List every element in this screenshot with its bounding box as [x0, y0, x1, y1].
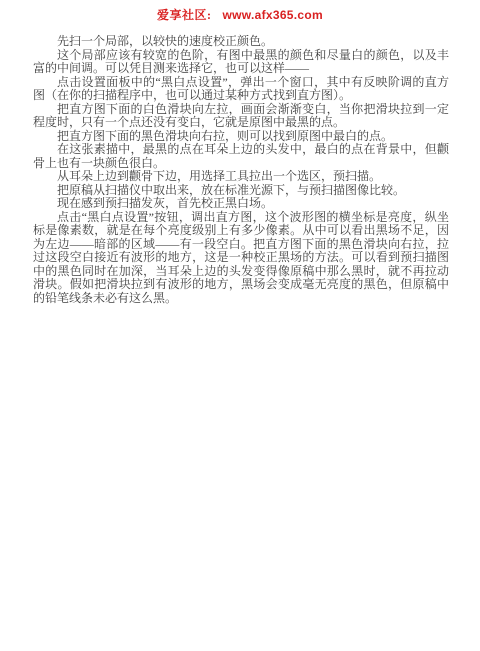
- paragraph: 现在感到预扫描发灰，首先校正黑白场。: [33, 197, 449, 211]
- document-page: 爱享社区: www.afx365.com 先扫一个局部，以较快的速度校正颜色。 …: [0, 0, 480, 651]
- paragraph: 把直方图下面的白色滑块向左拉，画面会渐渐变白，当你把滑块拉到一定程度时，只有一个…: [33, 103, 449, 130]
- paragraph: 把直方图下面的黑色滑块向右拉，则可以找到原图中最白的点。: [33, 130, 449, 144]
- paragraph: 这个局部应该有较宽的色阶，有图中最黑的颜色和尽量白的颜色，以及丰富的中间调。可以…: [33, 49, 449, 76]
- paragraph: 点击“黑白点设置”按钮，调出直方图，这个波形图的横坐标是亮度，纵坐标是像素数，就…: [33, 211, 449, 306]
- article-body: 先扫一个局部，以较快的速度校正颜色。 这个局部应该有较宽的色阶，有图中最黑的颜色…: [33, 35, 449, 305]
- paragraph: 在这张素描中，最黑的点在耳朵上边的头发中，最白的点在背景中，但颧骨上也有一块颜色…: [33, 143, 449, 170]
- site-url-link[interactable]: www.afx365.com: [223, 8, 323, 22]
- paragraph: 点击设置面板中的“黑白点设置”，弹出一个窗口，其中有反映阶调的直方图（在你的扫描…: [33, 76, 449, 103]
- site-name: 爱享社区:: [157, 8, 212, 22]
- paragraph: 把原稿从扫描仪中取出来，放在标准光源下，与预扫描图像比较。: [33, 184, 449, 198]
- page-header: 爱享社区: www.afx365.com: [0, 0, 480, 23]
- paragraph: 从耳朵上边到颧骨下边，用选择工具拉出一个选区，预扫描。: [33, 170, 449, 184]
- paragraph: 先扫一个局部，以较快的速度校正颜色。: [33, 35, 449, 49]
